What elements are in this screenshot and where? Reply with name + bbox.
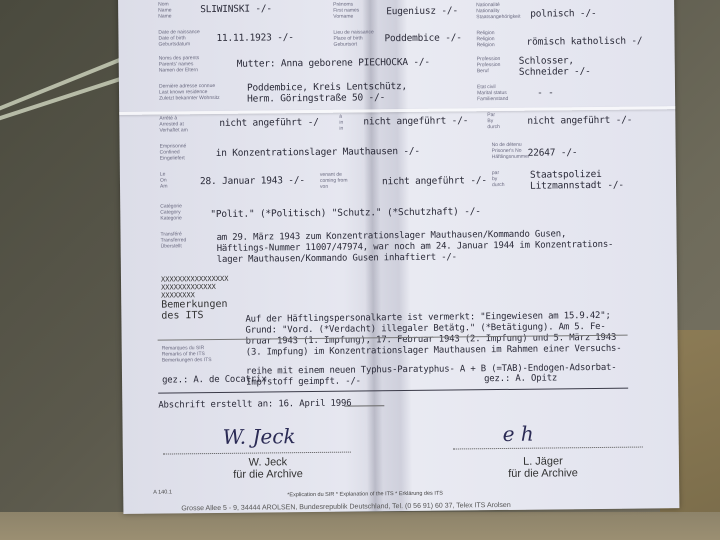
address-line: Grosse Allee 5 - 9, 34444 AROLSEN, Bunde…: [181, 502, 510, 512]
religion-label: ReligionReligionReligion: [476, 30, 494, 48]
arrested-at-value: nicht angeführt -/: [219, 117, 318, 129]
signature-left: W. Jeck: [223, 424, 296, 449]
profession-label: ProfessionProfessionBeruf: [477, 56, 501, 74]
first-names-value: Eugeniusz -/-: [386, 5, 458, 17]
form-number: A 140.1: [153, 489, 172, 495]
arrested-in-label: àinin: [339, 114, 343, 132]
last-residence-value: Poddembice, Kreis Lentschütz,Herm. Görin…: [247, 81, 407, 105]
prisoner-no-value: 22647 -/-: [528, 147, 578, 159]
by-value: StaatspolizeiLitzmannstadt -/-: [530, 169, 624, 192]
imprisoned-value: in Konzentrationslager Mauthausen -/-: [216, 146, 420, 159]
signer-left: W. Jeckfür die Archive: [223, 456, 313, 481]
coming-from-label: venant decoming fromvon: [320, 172, 348, 190]
signature-right: e h: [503, 422, 534, 446]
struck-out-text: XXXXXXXXXXXXXXXXXXXXXXXXXXXXXXXXXXXXX: [161, 275, 229, 300]
birth-date-value: 11.11.1923 -/-: [216, 32, 293, 44]
religion-value: römisch katholisch -/: [526, 36, 642, 48]
signature-line-right: [453, 447, 643, 450]
transferred-label: TransféréTransferredÜberstellt: [160, 231, 186, 249]
its-document: NomNameName SLIWINSKI -/- PrénomsFirst n…: [118, 0, 679, 514]
last-residence-label: Dernière adresse connueLast known reside…: [159, 83, 220, 102]
birth-place-label: Lieu de naissancePlace of birthGeburtsor…: [333, 29, 373, 47]
remarks-label: Remarques du SIRRemarks of the ITSBemerk…: [162, 345, 212, 364]
signer-right: L. Jägerfür die Archive: [493, 455, 593, 480]
arrested-at-label: Arrêté àArrested atVerhaftet am: [159, 115, 188, 133]
category-label: CatégorieCategoryKategorie: [160, 203, 182, 221]
signature-line-left: [163, 452, 351, 455]
signed-left: gez.: A. de Cocatrix: [162, 374, 266, 385]
transferred-value: am 29. März 1943 zum Konzentrationslager…: [217, 229, 614, 266]
arrested-by-value: nicht angeführt -/-: [527, 115, 632, 127]
birth-place-value: Poddembice -/-: [384, 32, 461, 44]
nationality-label: NationalitéNationalityStaatsangehörigkei…: [476, 2, 520, 20]
arrested-by-label: ParBydurch: [487, 112, 500, 130]
birth-date-label: Date de naissanceDate of birthGeburtsdat…: [158, 29, 200, 47]
parents-value: Mutter: Anna geborene PIECHOCKA -/-: [237, 57, 430, 70]
parents-label: Noms des parentsParents' namesNamen der …: [159, 55, 200, 73]
footnote: *Explication du SIR * Explanation of the…: [287, 491, 443, 499]
marital-status-label: Etat civilMarital statusFamilienstand: [477, 84, 508, 102]
table-edge: [0, 512, 720, 540]
on-date-value: 28. Januar 1943 -/-: [200, 175, 305, 187]
name-value: SLIWINSKI -/-: [200, 3, 272, 15]
imprisoned-label: EmprisonnéConfinedEingeliefert: [160, 143, 187, 161]
by-label: parbydurch: [492, 170, 505, 188]
name-label: NomNameName: [158, 1, 172, 19]
prisoner-no-label: No de détenuPrisoner's NoHäftlingsnummer: [492, 142, 530, 160]
remarks-heading: Bemerkungendes ITS: [161, 299, 227, 322]
copy-created-date: Abschrift erstellt an: 16. April 1996: [158, 399, 351, 411]
category-value: "Polit." (*Politisch) "Schutz." (*Schutz…: [210, 206, 481, 220]
on-date-label: LeOnAm: [160, 171, 168, 189]
horizontal-fold: [119, 106, 675, 115]
signed-right: gez.: A. Opitz: [484, 373, 557, 384]
nationality-value: polnisch -/-: [530, 8, 596, 20]
arrested-in-value: nicht angeführt -/-: [363, 115, 468, 127]
first-names-label: PrénomsFirst namesVorname: [333, 1, 359, 19]
profession-value: Schlosser,Schneider -/-: [519, 55, 591, 78]
marital-status-value: - -: [537, 87, 554, 98]
coming-from-value: nicht angeführt -/-: [382, 175, 487, 187]
